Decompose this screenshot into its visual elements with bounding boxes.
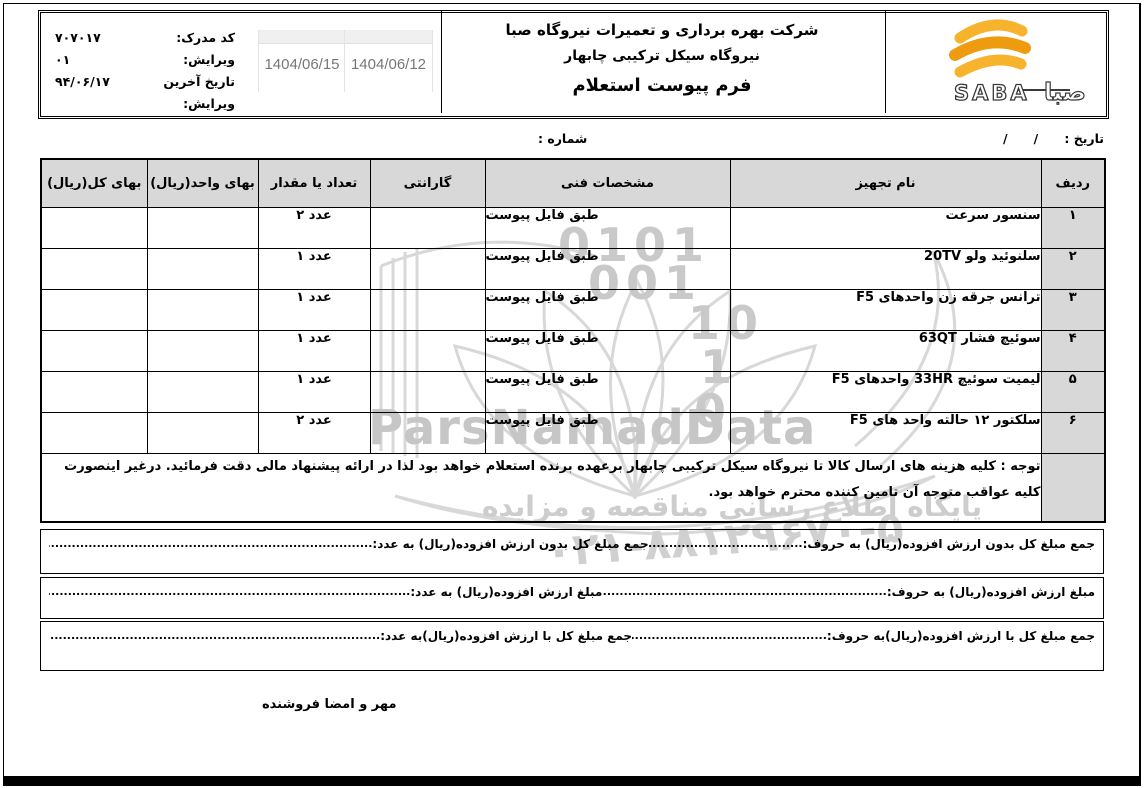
- total-with-vat-row: جمع مبلغ کل با ارزش افزوده(ریال)به حروف:…: [40, 621, 1104, 671]
- equipment-name: سلکتور ۱۲ حالته واحد های F5: [730, 413, 1041, 454]
- doc-info-block: کد مدرک: ۷۰۷۰۱۷ ویرایش: ۰۱ تاریخ آخرین و…: [55, 27, 235, 115]
- plant-name: نیروگاه سیکل ترکیبی چابهار: [450, 48, 874, 64]
- warranty-cell: [370, 290, 485, 331]
- col-header-qty: تعداد یا مقدار: [258, 159, 370, 208]
- warranty-cell: [370, 208, 485, 249]
- header-divider-right: [885, 10, 886, 113]
- doc-code-value: ۷۰۷۰۱۷: [55, 27, 101, 49]
- vat-digits-label: مبلغ ارزش افزوده(ریال) به عدد:: [410, 585, 602, 599]
- total-with-vat-words-label: جمع مبلغ کل با ارزش افزوده(ریال)به حروف:: [827, 629, 1095, 643]
- row-number: ۲: [1041, 249, 1105, 290]
- specs-cell: طبق فایل پیوست: [485, 290, 730, 331]
- equipment-table: ردیف نام تجهیز مشخصات فنی گارانتی تعداد …: [40, 158, 1106, 523]
- vat-words-label: مبلغ ارزش افزوده(ریال) به حروف:: [887, 585, 1095, 599]
- table-row: ۴ سوئیچ فشار 63QT طبق فایل پیوست ۱ عدد: [41, 331, 1105, 372]
- dotted-leader: [632, 629, 827, 642]
- form-title: فرم پیوست استعلام: [450, 75, 874, 96]
- specs-cell: طبق فایل پیوست: [485, 372, 730, 413]
- doc-code-label: کد مدرک:: [176, 27, 235, 49]
- unit-price-cell: [147, 208, 258, 249]
- qty-value: ۱ عدد: [296, 331, 332, 346]
- number-line: شماره :: [538, 131, 587, 146]
- specs-cell: طبق فایل پیوست: [485, 331, 730, 372]
- notice-text: توجه : کلیه هزینه های ارسال کالا تا نیرو…: [41, 454, 1041, 522]
- table-row: ۲ سلنوئید ولو 20TV طبق فایل پیوست ۱ عدد: [41, 249, 1105, 290]
- inquiry-form-page: 0101 001 10 1 0 ParsNamadData پایگاه اطل…: [0, 0, 1144, 788]
- dotted-leader: [649, 537, 803, 550]
- dotted-leader: [602, 585, 887, 598]
- specs-cell: طبق فایل پیوست: [485, 208, 730, 249]
- saba-logo-icon: SABA صبا: [898, 18, 1088, 106]
- col-header-specs: مشخصات فنی: [485, 159, 730, 208]
- qty-value: ۲ عدد: [296, 208, 332, 223]
- qty-value: ۱ عدد: [296, 372, 332, 387]
- notice-row: توجه : کلیه هزینه های ارسال کالا تا نیرو…: [41, 454, 1105, 522]
- doc-revision-label: ویرایش:: [183, 49, 235, 71]
- total-price-cell: [41, 413, 147, 454]
- date-overlay-cell: 1404/06/12: [344, 30, 433, 92]
- warranty-cell: [370, 331, 485, 372]
- equipment-name: لیمیت سوئیچ 33HR واحدهای F5: [730, 372, 1041, 413]
- unit-price-cell: [147, 331, 258, 372]
- qty-cell: ۲ عدد: [258, 413, 370, 454]
- total-price-cell: [41, 372, 147, 413]
- dotted-leader: [49, 629, 380, 642]
- doc-lastrev-value: ۹۴/۰۶/۱۷: [55, 71, 110, 115]
- dotted-leader: [49, 537, 372, 550]
- dotted-leader: [49, 585, 410, 598]
- unit-price-cell: [147, 249, 258, 290]
- col-header-unit-price: بهای واحد(ریال): [147, 159, 258, 208]
- notice-row-number-cell: [1041, 454, 1105, 522]
- date-overlay-value: 1404/06/12: [345, 44, 432, 73]
- total-without-vat-row: جمع مبلغ کل بدون ارزش افزوده(ریال) به حر…: [40, 529, 1104, 574]
- equipment-name: سنسور سرعت: [730, 208, 1041, 249]
- total-without-vat-words-label: جمع مبلغ کل بدون ارزش افزوده(ریال) به حر…: [803, 537, 1095, 551]
- date-overlay-cell: 1404/06/15: [258, 30, 346, 92]
- doc-revision-value: ۰۱: [55, 49, 70, 71]
- col-header-total-price: بهای کل(ریال): [41, 159, 147, 208]
- header-titles: شرکت بهره برداری و تعمیرات نیروگاه صبا ن…: [450, 21, 874, 96]
- date-overlay-header: [345, 30, 432, 44]
- table-row: ۳ ترانس جرقه زن واحدهای F5 طبق فایل پیوس…: [41, 290, 1105, 331]
- table-header-row: ردیف نام تجهیز مشخصات فنی گارانتی تعداد …: [41, 159, 1105, 208]
- warranty-cell: [370, 249, 485, 290]
- qty-cell: ۱ عدد: [258, 249, 370, 290]
- warranty-cell: [370, 413, 485, 454]
- qty-cell: ۱ عدد: [258, 290, 370, 331]
- unit-price-cell: [147, 372, 258, 413]
- table-row: ۶ سلکتور ۱۲ حالته واحد های F5 طبق فایل پ…: [41, 413, 1105, 454]
- specs-cell: طبق فایل پیوست: [485, 249, 730, 290]
- qty-value: ۱ عدد: [296, 249, 332, 264]
- unit-price-cell: [147, 413, 258, 454]
- seller-signature-label: مهر و امضا فروشنده: [262, 697, 397, 712]
- warranty-cell: [370, 372, 485, 413]
- doc-lastrev-label: تاریخ آخرین ویرایش:: [110, 71, 235, 115]
- svg-text:SABA: SABA: [954, 81, 1030, 105]
- header-divider-left: [441, 10, 442, 113]
- table-row: ۵ لیمیت سوئیچ 33HR واحدهای F5 طبق فایل پ…: [41, 372, 1105, 413]
- company-name: شرکت بهره برداری و تعمیرات نیروگاه صبا: [450, 21, 874, 39]
- qty-value: ۱ عدد: [296, 290, 332, 305]
- equipment-name: سوئیچ فشار 63QT: [730, 331, 1041, 372]
- specs-cell: طبق فایل پیوست: [485, 413, 730, 454]
- total-price-cell: [41, 208, 147, 249]
- row-number: ۵: [1041, 372, 1105, 413]
- total-price-cell: [41, 249, 147, 290]
- col-header-row-number: ردیف: [1041, 159, 1105, 208]
- qty-value: ۲ عدد: [296, 413, 332, 428]
- total-with-vat-digits-label: جمع مبلغ کل با ارزش افزوده(ریال)به عدد:: [380, 629, 632, 643]
- equipment-name: ترانس جرقه زن واحدهای F5: [730, 290, 1041, 331]
- date-line: تاریخ : / /: [1000, 131, 1104, 146]
- vat-amount-row: مبلغ ارزش افزوده(ریال) به حروف: مبلغ ارز…: [40, 577, 1104, 619]
- qty-cell: ۱ عدد: [258, 331, 370, 372]
- total-price-cell: [41, 331, 147, 372]
- table-row: ۱ سنسور سرعت طبق فایل پیوست ۲ عدد: [41, 208, 1105, 249]
- qty-cell: ۲ عدد: [258, 208, 370, 249]
- equipment-name: سلنوئید ولو 20TV: [730, 249, 1041, 290]
- row-number: ۱: [1041, 208, 1105, 249]
- date-overlay-value: 1404/06/15: [259, 44, 345, 73]
- col-header-equipment-name: نام تجهیز: [730, 159, 1041, 208]
- qty-cell: ۱ عدد: [258, 372, 370, 413]
- svg-text:صبا: صبا: [1044, 78, 1086, 106]
- total-price-cell: [41, 290, 147, 331]
- total-without-vat-digits-label: جمع مبلغ کل بدون ارزش افزوده(ریال) به عد…: [372, 537, 648, 551]
- row-number: ۳: [1041, 290, 1105, 331]
- col-header-warranty: گارانتی: [370, 159, 485, 208]
- date-overlay-header: [259, 30, 345, 44]
- unit-price-cell: [147, 290, 258, 331]
- row-number: ۶: [1041, 413, 1105, 454]
- row-number: ۴: [1041, 331, 1105, 372]
